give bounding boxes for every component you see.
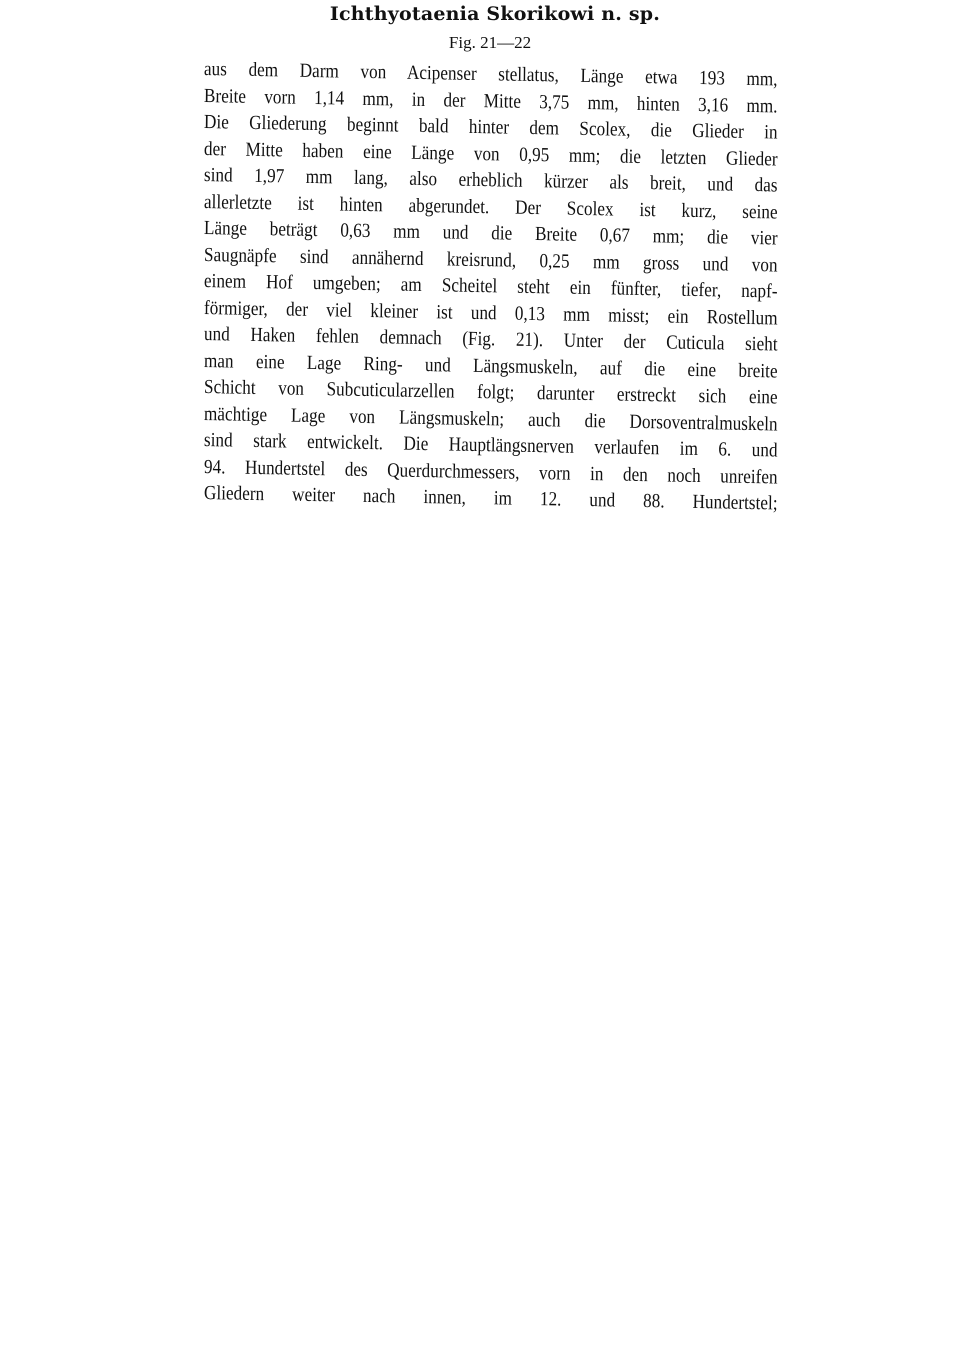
body-paragraph: aus dem Darm von Acipenser stellatus, Lä… [204, 56, 778, 507]
figure-reference: Fig. 21—22 [0, 33, 975, 53]
document-page: Ichthyotaenia Skorikowi n. sp. Fig. 21—2… [0, 0, 975, 1350]
species-title: Ichthyotaenia Skorikowi n. sp. [0, 3, 975, 25]
